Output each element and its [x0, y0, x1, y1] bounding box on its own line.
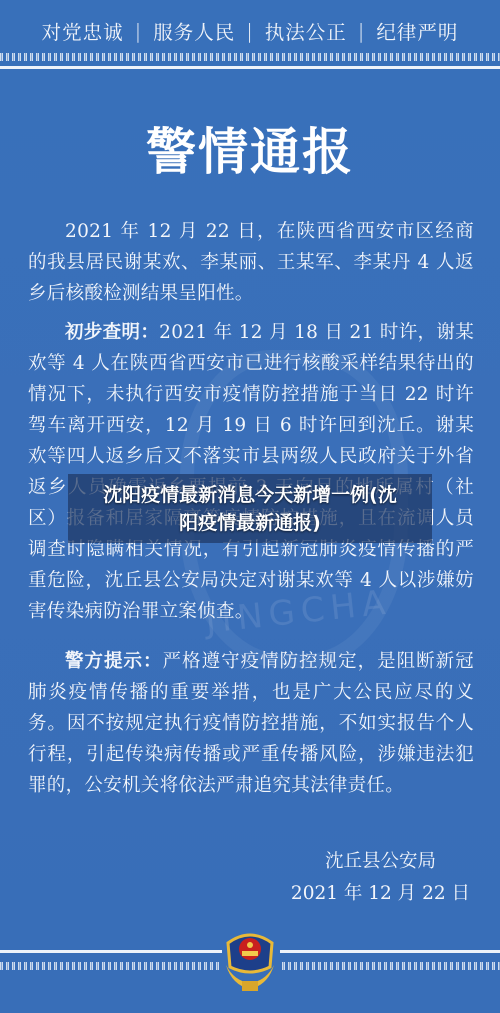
chevron-divider-top	[0, 53, 500, 61]
signature-org: 沈丘县公安局	[291, 846, 470, 878]
signature-date: 2021 年 12 月 22 日	[291, 878, 470, 910]
slogan-separator: |	[358, 20, 366, 43]
paragraph-text: 2021 年 12 月 22 日，在陕西省西安市区经商的我县居民谢某欢、李某丽、…	[28, 221, 474, 304]
paragraph-text: 2021 年 12 月 18 日 21 时许，谢某欢等 4 人在陕西省西安市已进…	[28, 322, 474, 622]
paragraph-text: 严格遵守疫情防控规定，是阻断新冠肺炎疫情传播的重要举措，也是广大公民应尽的义务。…	[28, 651, 474, 796]
rule-top	[0, 66, 500, 69]
slogan-loyalty: 对党忠诚	[42, 17, 124, 45]
notice-paragraph-2: 初步查明：2021 年 12 月 18 日 21 时许，谢某欢等 4 人在陕西省…	[28, 317, 474, 627]
notice-paragraph-1: 2021 年 12 月 22 日，在陕西省西安市区经商的我县居民谢某欢、李某丽、…	[28, 216, 474, 309]
slogan-justice: 执法公正	[265, 17, 347, 45]
police-emblem-icon	[220, 925, 280, 995]
caption-line-2: 阳疫情最新通报)	[179, 509, 321, 537]
caption-line-1: 沈阳疫情最新消息今天新增一例(沈	[103, 481, 397, 509]
slogan-separator: |	[246, 20, 254, 43]
slogan-separator: |	[135, 20, 143, 43]
paragraph-lead: 警方提示：	[65, 651, 163, 672]
slogan-bar: 对党忠诚 | 服务人民 | 执法公正 | 纪律严明	[0, 14, 500, 48]
slogan-discipline: 纪律严明	[376, 17, 458, 45]
chevron-divider-bottom-right	[282, 962, 500, 970]
signature-block: 沈丘县公安局 2021 年 12 月 22 日	[291, 846, 470, 910]
chevron-divider-bottom-left	[0, 962, 220, 970]
caption-overlay: 沈阳疫情最新消息今天新增一例(沈 阳疫情最新通报)	[68, 474, 432, 543]
rule-bottom-right	[280, 950, 500, 953]
notice-paragraph-3: 警方提示：严格遵守疫情防控规定，是阻断新冠肺炎疫情传播的重要举措，也是广大公民应…	[28, 646, 474, 801]
slogan-service: 服务人民	[153, 17, 235, 45]
page-title: 警情通报	[0, 112, 500, 184]
rule-bottom-left	[0, 950, 222, 953]
paragraph-lead: 初步查明：	[65, 322, 159, 343]
